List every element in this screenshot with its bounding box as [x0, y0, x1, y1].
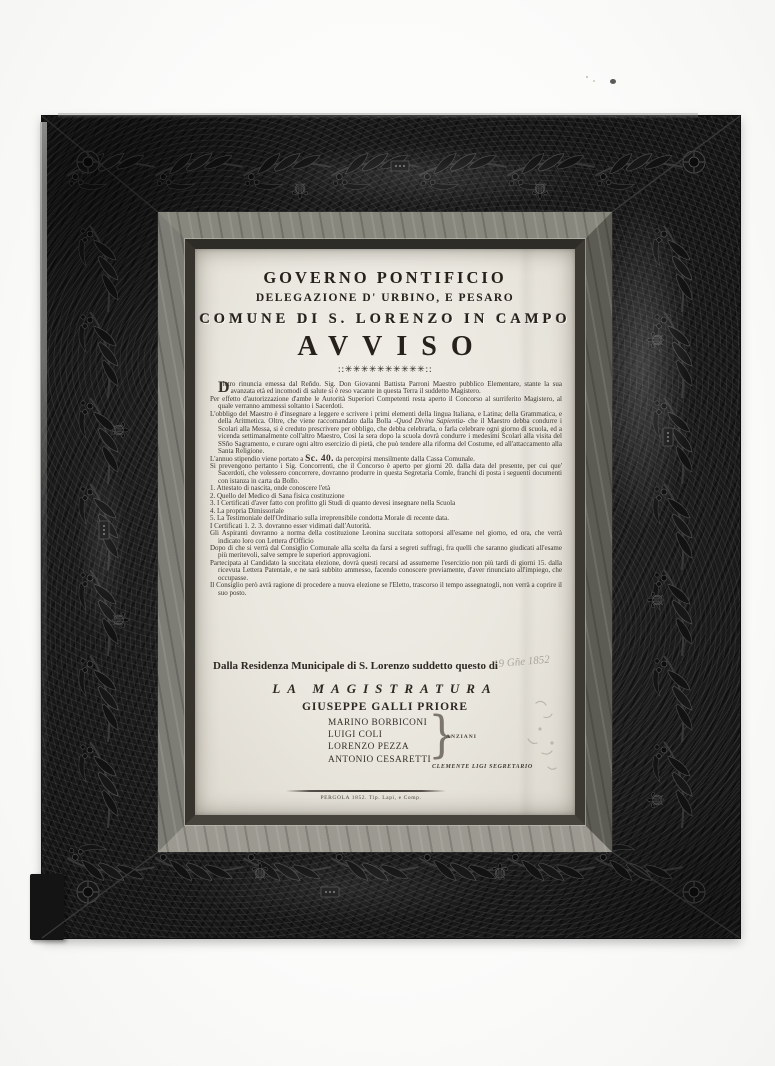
- body-paragraph: L'obbligo del Maestro è d'insegnare a le…: [210, 411, 562, 456]
- delegation-line: DELEGAZIONE D' URBINO, E PESARO: [195, 292, 575, 304]
- printed-notice: GOVERNO PONTIFICIO DELEGAZIONE D' URBINO…: [195, 249, 575, 815]
- dust-speck: [593, 80, 595, 82]
- comune-line: COMUNE DI S. LORENZO IN CAMPO: [195, 311, 575, 328]
- photo-of-framed-notice: { "photo": { "background_color": "#fbfbf…: [0, 0, 775, 1066]
- ornament-row: ::✳✳✳✳✳✳✳✳✳✳::: [195, 365, 575, 375]
- dust-speck: [610, 79, 616, 84]
- anziani-label: ANZIANI: [446, 734, 477, 740]
- imprint-rule: [286, 790, 446, 792]
- body-paragraph: Il Consiglio però avrà ragione di proced…: [210, 582, 562, 597]
- notice-title: AVVISO: [195, 331, 575, 363]
- body-text: Dietro rinuncia emessa dal Reñdo. Sig. D…: [210, 381, 562, 597]
- frame-left-edge-highlight: [40, 122, 47, 886]
- body-paragraph: Dopo di che si verrà dal Consiglio Comun…: [210, 545, 562, 560]
- frame-top-edge-highlight: [58, 113, 698, 119]
- body-paragraph: Si prevengono pertanto i Sig. Concorrent…: [210, 463, 562, 485]
- government-line: GOVERNO PONTIFICIO: [195, 268, 575, 288]
- anziani-name: MARINO BORBICONI: [328, 717, 431, 729]
- printer-imprint: PERGOLA 1852. Tip. Lapi, e Comp.: [195, 795, 561, 801]
- anziani-name: ANTONIO CESARETTI: [328, 754, 431, 766]
- dust-speck: [586, 76, 588, 78]
- frame-corner-shadow: [30, 874, 64, 940]
- anziani-names: MARINO BORBICONILUIGI COLILORENZO PEZZAA…: [328, 717, 431, 766]
- handwritten-date: 19 Gñe 1852: [493, 654, 551, 671]
- body-paragraph: Per effetto d'autorizzazione d'ambe le A…: [210, 396, 562, 411]
- anziani-name: LORENZO PEZZA: [328, 741, 431, 753]
- document-header: GOVERNO PONTIFICIO DELEGAZIONE D' URBINO…: [195, 268, 575, 375]
- anziani-name: LUIGI COLI: [328, 729, 431, 741]
- pencil-marks: [498, 695, 560, 783]
- body-paragraph: Partecipata al Candidato la succitata el…: [210, 560, 562, 582]
- body-paragraph: Gli Aspiranti dovranno a norma della cos…: [210, 530, 562, 545]
- body-paragraph: Dietro rinuncia emessa dal Reñdo. Sig. D…: [210, 381, 562, 396]
- residence-line: Dalla Residenza Municipale di S. Lorenzo…: [213, 660, 498, 672]
